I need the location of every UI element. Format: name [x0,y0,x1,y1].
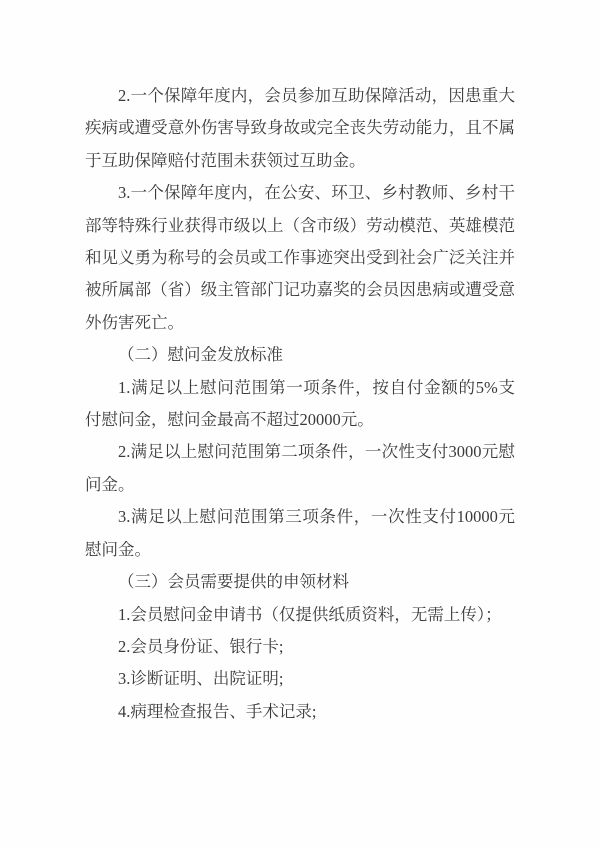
document-text-block: 2.一个保障年度内，会员参加互助保障活动，因患重大疾病或遭受意外伤害导致身故或完… [85,80,515,728]
list-item-id-bank-card: 2.会员身份证、银行卡; [85,631,515,663]
list-item-diagnosis-proof: 3.诊断证明、出院证明; [85,663,515,695]
list-item-pathology-report: 4.病理检查报告、手术记录; [85,696,515,728]
heading-consolation-standard: （二）慰问金发放标准 [85,339,515,371]
document-page: 2.一个保障年度内，会员参加互助保障活动，因患重大疾病或遭受意外伤害导致身故或完… [0,0,600,848]
paragraph-scope-item-2: 2.一个保障年度内，会员参加互助保障活动，因患重大疾病或遭受意外伤害导致身故或完… [85,80,515,177]
paragraph-standard-item-3: 3.满足以上慰问范围第三项条件，一次性支付10000元慰问金。 [85,501,515,566]
paragraph-standard-item-2: 2.满足以上慰问范围第二项条件，一次性支付3000元慰问金。 [85,436,515,501]
heading-application-materials: （三）会员需要提供的申领材料 [85,566,515,598]
list-item-application-form: 1.会员慰问金申请书（仅提供纸质资料，无需上传）； [85,599,515,631]
paragraph-scope-item-3: 3.一个保障年度内，在公安、环卫、乡村教师、乡村干部等特殊行业获得市级以上（含市… [85,177,515,339]
paragraph-standard-item-1: 1.满足以上慰问范围第一项条件，按自付金额的5%支付慰问金，慰问金最高不超过20… [85,372,515,437]
